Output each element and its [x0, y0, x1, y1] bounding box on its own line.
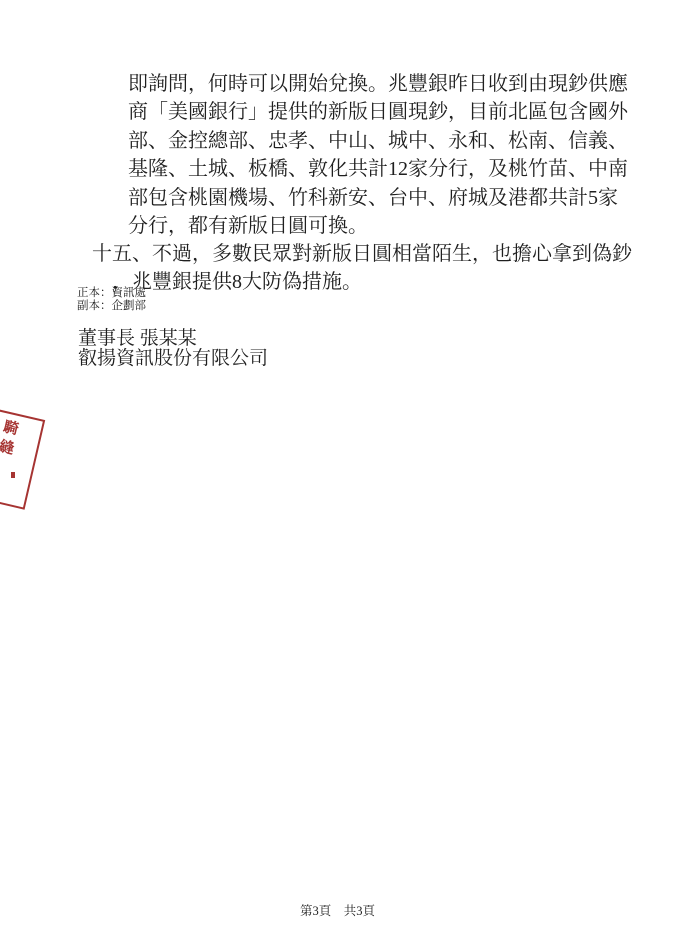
- page-footer: 第3頁 共3頁: [0, 901, 675, 919]
- body-line-item-15-cont: ，兆豐銀提供8大防偽措施。: [112, 271, 362, 293]
- body-line: 部包含桃園機場、竹科新安、台中、府城及港都共計5家: [128, 187, 618, 209]
- cross-page-seal: 騎縫: [0, 400, 45, 509]
- body-line: 分行，都有新版日圓可換。: [128, 215, 368, 237]
- document-page: 即詢問，何時可以開始兌換。兆豐銀昨日收到由現鈔供應 商「美國銀行」提供的新版日圓…: [0, 0, 675, 944]
- seal-ink-dot: [11, 472, 15, 478]
- signer-title-name: 董事長 張某某: [78, 329, 197, 349]
- body-line-item-15: 十五、不過，多數民眾對新版日圓相當陌生，也擔心拿到偽鈔: [92, 243, 632, 265]
- body-line: 即詢問，何時可以開始兌換。兆豐銀昨日收到由現鈔供應: [128, 73, 628, 95]
- copy-recipient-duplicate: 副本：企劃部: [77, 300, 146, 313]
- company-name: 叡揚資訊股份有限公司: [78, 349, 268, 369]
- copy-recipient-original: 正本：資訊處: [77, 287, 146, 300]
- page-number-text: 第3頁 共3頁: [300, 904, 375, 918]
- body-line: 商「美國銀行」提供的新版日圓現鈔，目前北區包含國外: [128, 101, 628, 123]
- seal-text: 騎縫: [0, 417, 22, 461]
- body-line: 基隆、土城、板橋、敦化共計12家分行，及桃竹苗、中南: [128, 158, 628, 180]
- body-line: 部、金控總部、忠孝、中山、城中、永和、松南、信義、: [128, 130, 628, 152]
